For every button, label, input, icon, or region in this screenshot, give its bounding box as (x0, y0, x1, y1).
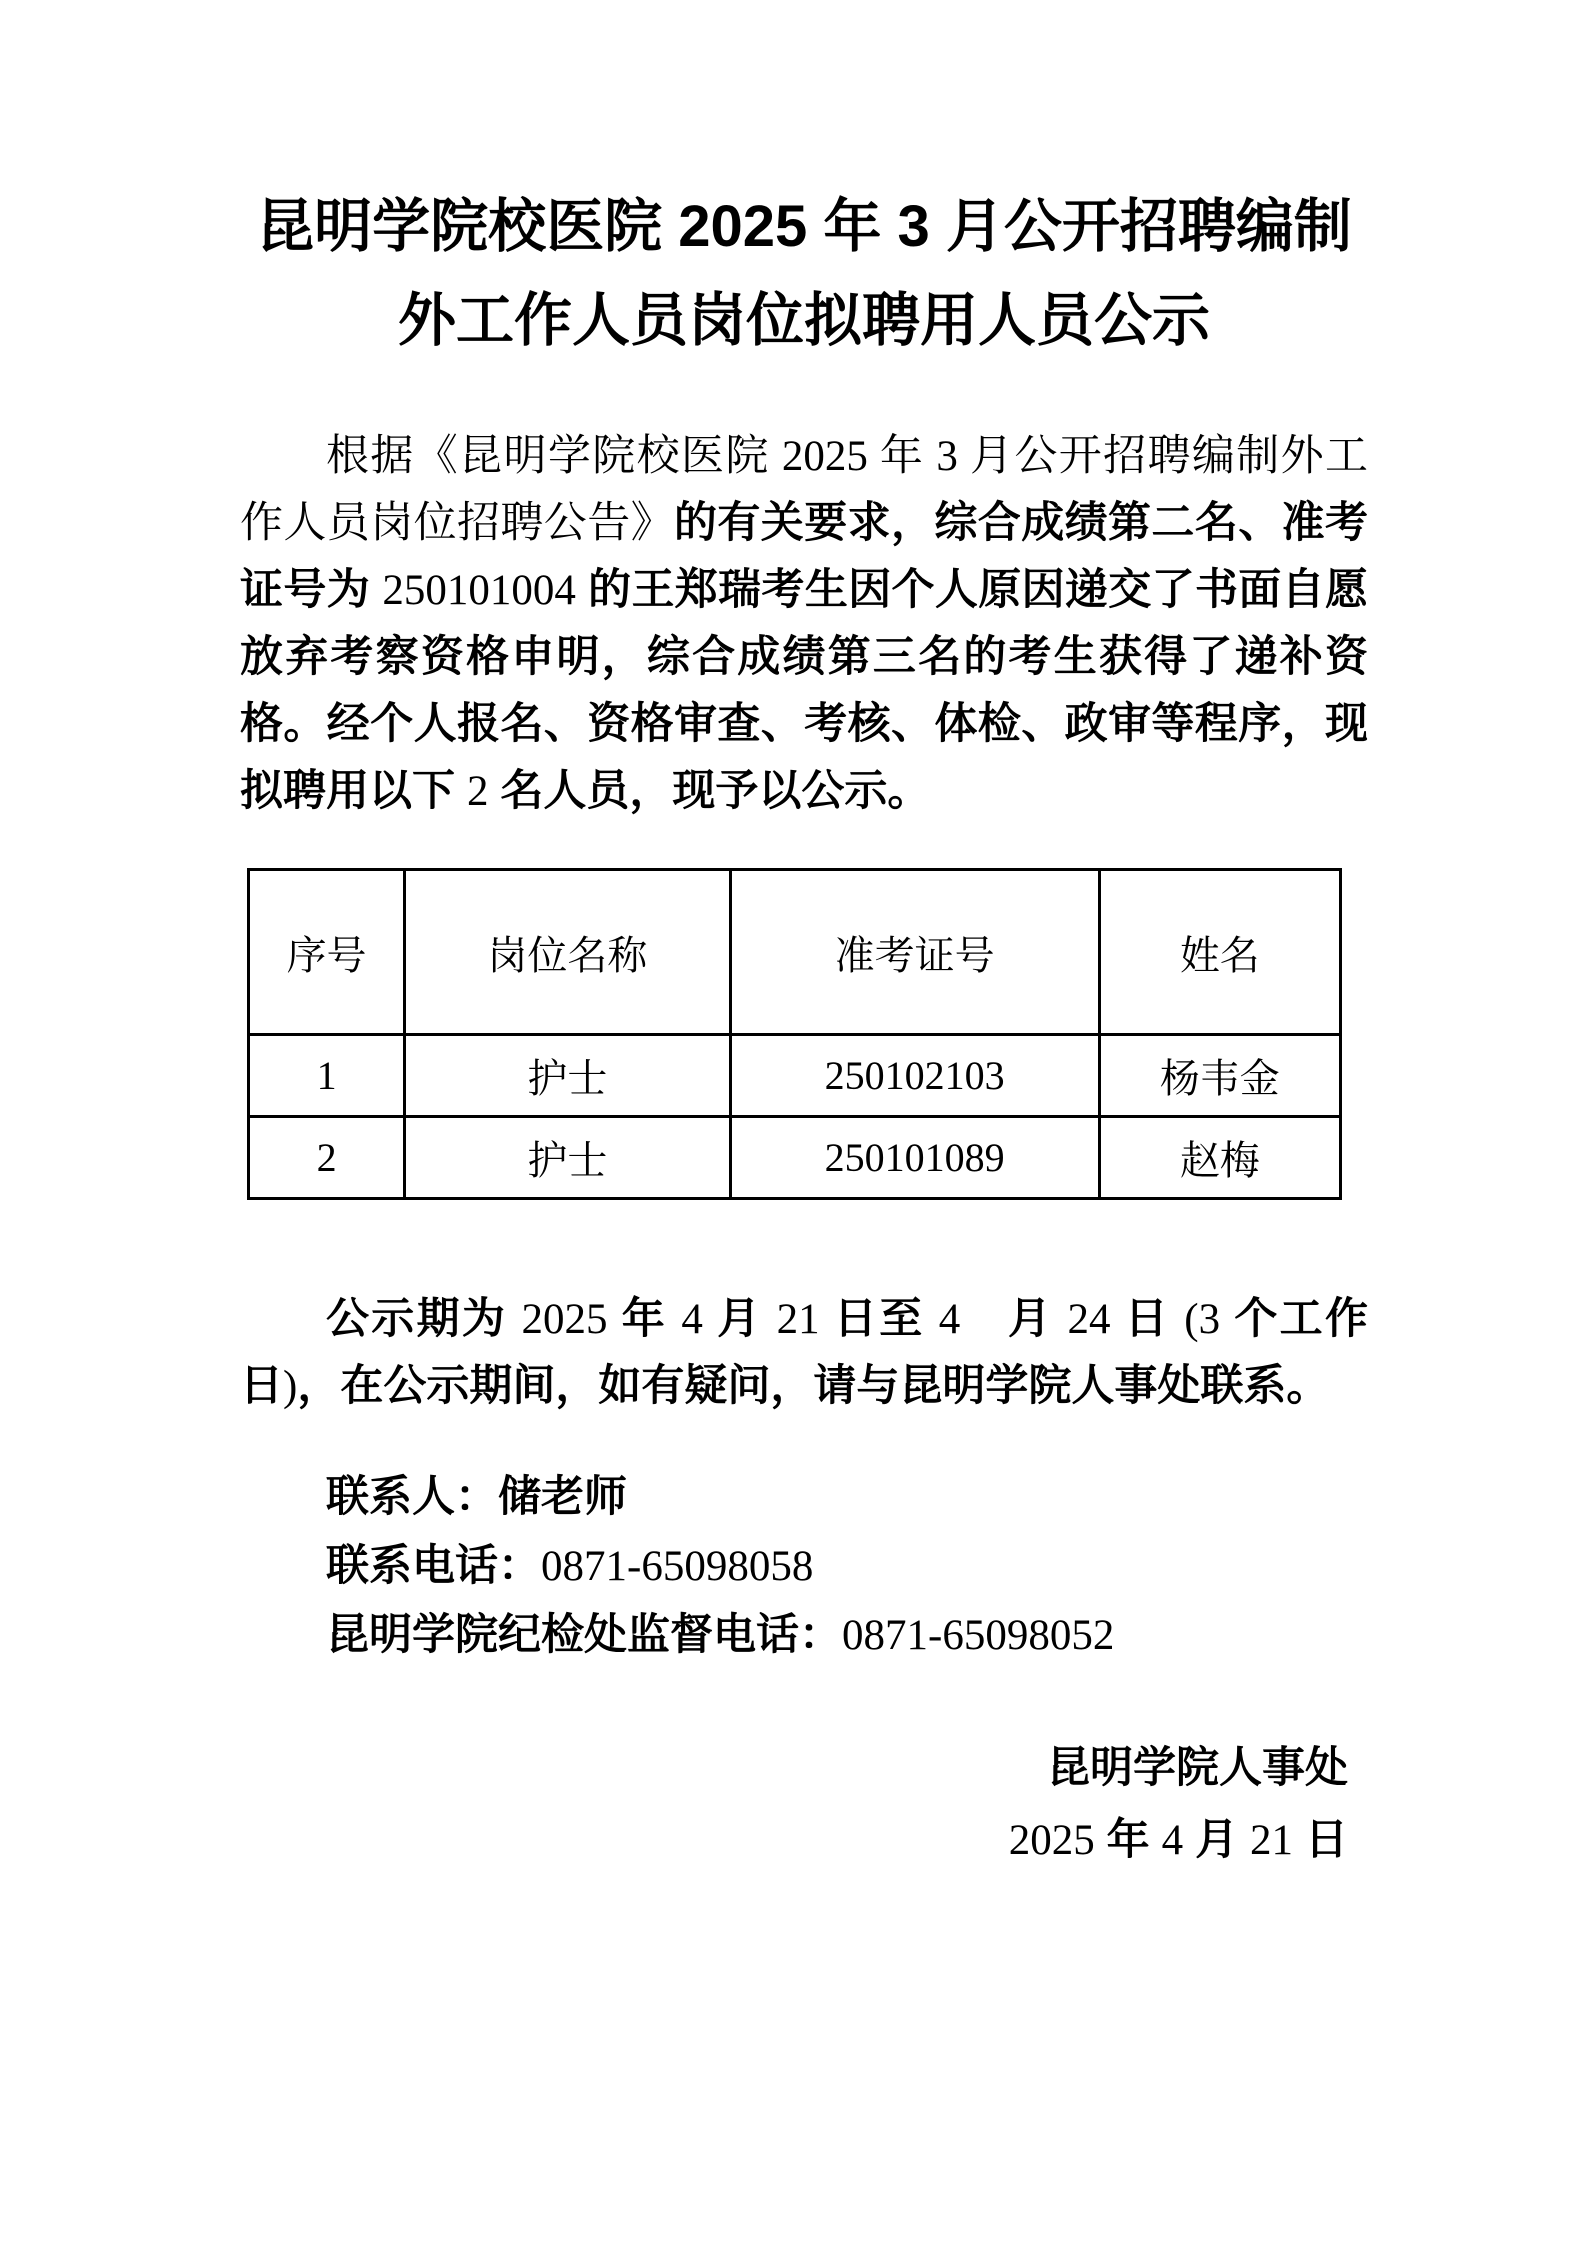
supervision-phone-line: 昆明学院纪检处监督电话：0871-65098052 (240, 1601, 1368, 1670)
text-segment: 年 (1095, 1816, 1162, 1864)
table-cell: 250101089 (730, 1117, 1099, 1199)
text-segment: ，在公示期间，如有疑问，请与昆明学院人事处联系。 (297, 1362, 1329, 1410)
text-segment: 21 (1250, 1817, 1293, 1864)
contact-block: 联系人：储老师 联系电话：0871-65098058 昆明学院纪检处监督电话：0… (240, 1463, 1368, 1670)
table-row: 1护士250102103杨韦金 (249, 1035, 1341, 1117)
text-segment: 24 (1067, 1296, 1110, 1343)
text-segment: 4 (681, 1296, 703, 1343)
text-segment: (3 (1184, 1296, 1220, 1343)
text-segment: 2025 (1009, 1817, 1095, 1864)
text-segment: 2 (467, 768, 489, 815)
table-header: 序号岗位名称准考证号姓名 (249, 870, 1341, 1035)
publicity-period-paragraph: 公示期为 2025 年 4 月 21 日至 4 月 24 日 (3 个工作日)，… (240, 1286, 1368, 1420)
document-title: 昆明学院校医院 2025 年 3 月公开招聘编制 外工作人员岗位拟聘用人员公示 (240, 180, 1368, 368)
table-cell: 赵梅 (1099, 1117, 1340, 1199)
text-segment: 联系电话： (326, 1542, 541, 1590)
table-header-row: 序号岗位名称准考证号姓名 (249, 870, 1341, 1035)
table-cell: 250102103 (730, 1035, 1099, 1117)
document-title-line1: 昆明学院校医院 2025 年 3 月公开招聘编制 (240, 180, 1368, 274)
text-segment: 年 (607, 1295, 681, 1343)
table-cell: 2 (249, 1117, 405, 1199)
text-segment: 日至 (820, 1295, 939, 1343)
signature-block: 昆明学院人事处 2025 年 4 月 21 日 (240, 1732, 1368, 1877)
table-cell: 护士 (405, 1117, 730, 1199)
text-segment: 4 (1162, 1817, 1184, 1864)
table-body: 1护士250102103杨韦金2护士250101089赵梅 (249, 1035, 1341, 1199)
contact-person-line: 联系人：储老师 (240, 1463, 1368, 1532)
text-segment: 日 (1110, 1295, 1184, 1343)
text-segment: 联系人：储老师 (326, 1473, 627, 1521)
table-header-cell: 岗位名称 (405, 870, 730, 1035)
candidates-table: 序号岗位名称准考证号姓名 1护士250102103杨韦金2护士250101089… (247, 868, 1342, 1200)
text-segment: 250101004 (382, 567, 576, 614)
table-cell: 1 (249, 1035, 405, 1117)
text-segment: 月 (703, 1295, 777, 1343)
text-segment: 公示期为 (326, 1295, 521, 1343)
table-cell: 杨韦金 (1099, 1035, 1340, 1117)
document-page: 昆明学院校医院 2025 年 3 月公开招聘编制 外工作人员岗位拟聘用人员公示 … (0, 0, 1588, 2245)
text-segment: 0871-65098052 (842, 1612, 1114, 1659)
intro-paragraph: 根据《昆明学院校医院 2025 年 3 月公开招聘编制外工作人员岗位招聘公告》的… (240, 424, 1368, 825)
text-segment: 2025 (521, 1296, 607, 1343)
document-title-line2: 外工作人员岗位拟聘用人员公示 (240, 274, 1368, 368)
text-segment: 月 (1183, 1816, 1250, 1864)
text-segment: 月 (960, 1295, 1067, 1343)
text-segment: 0871-65098058 (541, 1543, 813, 1590)
text-segment: 昆明学院纪检处监督电话： (326, 1611, 842, 1659)
table-row: 2护士250101089赵梅 (249, 1117, 1341, 1199)
table-cell: 护士 (405, 1035, 730, 1117)
signature-date: 2025 年 4 月 21 日 (240, 1804, 1348, 1877)
table-header-cell: 序号 (249, 870, 405, 1035)
text-segment: 名人员，现予以公示。 (488, 767, 930, 815)
table-header-cell: 姓名 (1099, 870, 1340, 1035)
text-segment: 21 (777, 1296, 820, 1343)
signature-org: 昆明学院人事处 (240, 1732, 1348, 1804)
contact-phone-line: 联系电话：0871-65098058 (240, 1532, 1368, 1601)
text-segment: ) (283, 1363, 297, 1410)
text-segment: 日 (1293, 1816, 1348, 1864)
table-header-cell: 准考证号 (730, 870, 1099, 1035)
text-segment: 4 (939, 1296, 961, 1343)
